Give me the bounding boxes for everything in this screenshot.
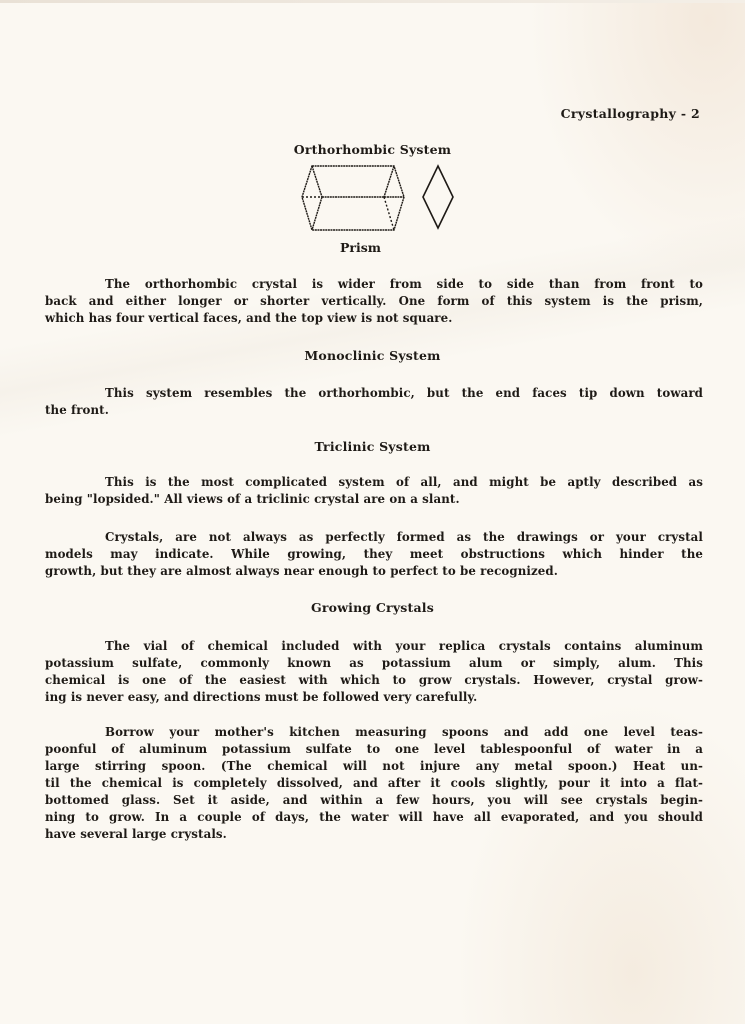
paragraph-instructions: Borrow your mother's kitchen measuring s… [45, 724, 703, 843]
text-line: models may indicate. While growing, they… [45, 546, 703, 563]
heading-triclinic: Triclinic System [0, 439, 745, 454]
heading-monoclinic: Monoclinic System [0, 348, 745, 363]
text-line: the front. [45, 402, 703, 419]
text-line: have several large crystals. [45, 826, 703, 843]
text-line: Crystals, are not always as perfectly fo… [45, 529, 703, 546]
figure-prism [298, 162, 458, 234]
prism-drawing-icon [302, 166, 404, 230]
text-line: potassium sulfate, commonly known as pot… [45, 655, 703, 672]
text-line: back and either longer or shorter vertic… [45, 293, 703, 310]
text-line: chemical is one of the easiest with whic… [45, 672, 703, 689]
text-line: bottomed glass. Set it aside, and within… [45, 792, 703, 809]
paragraph-orthorhombic: The orthorhombic crystal is wider from s… [45, 276, 703, 327]
top-view-diamond-icon [423, 166, 453, 228]
paragraph-monoclinic: This system resembles the orthorhombic, … [45, 385, 703, 419]
text-line: The vial of chemical included with your … [45, 638, 703, 655]
text-line: This is the most complicated system of a… [45, 474, 703, 491]
heading-growing-crystals: Growing Crystals [0, 600, 745, 615]
text-line: ning to grow. In a couple of days, the w… [45, 809, 703, 826]
paragraph-chemical-vial: The vial of chemical included with your … [45, 638, 703, 706]
text-line: large stirring spoon. (The chemical will… [45, 758, 703, 775]
text-line: which has four vertical faces, and the t… [45, 310, 703, 327]
running-head: Crystallography - 2 [561, 106, 700, 121]
heading-orthorhombic: Orthorhombic System [0, 142, 745, 157]
page-edge [0, 0, 745, 3]
text-line: poonful of aluminum potassium sulfate to… [45, 741, 703, 758]
text-line: til the chemical is completely dissolved… [45, 775, 703, 792]
paragraph-crystals-imperfect: Crystals, are not always as perfectly fo… [45, 529, 703, 580]
paragraph-triclinic: This is the most complicated system of a… [45, 474, 703, 508]
text-line: The orthorhombic crystal is wider from s… [45, 276, 703, 293]
text-line: Borrow your mother's kitchen measuring s… [45, 724, 703, 741]
text-line: This system resembles the orthorhombic, … [45, 385, 703, 402]
figure-caption: Prism [340, 240, 381, 255]
text-line: ing is never easy, and directions must b… [45, 689, 703, 706]
text-line: being "lopsided." All views of a triclin… [45, 491, 703, 508]
text-line: growth, but they are almost always near … [45, 563, 703, 580]
